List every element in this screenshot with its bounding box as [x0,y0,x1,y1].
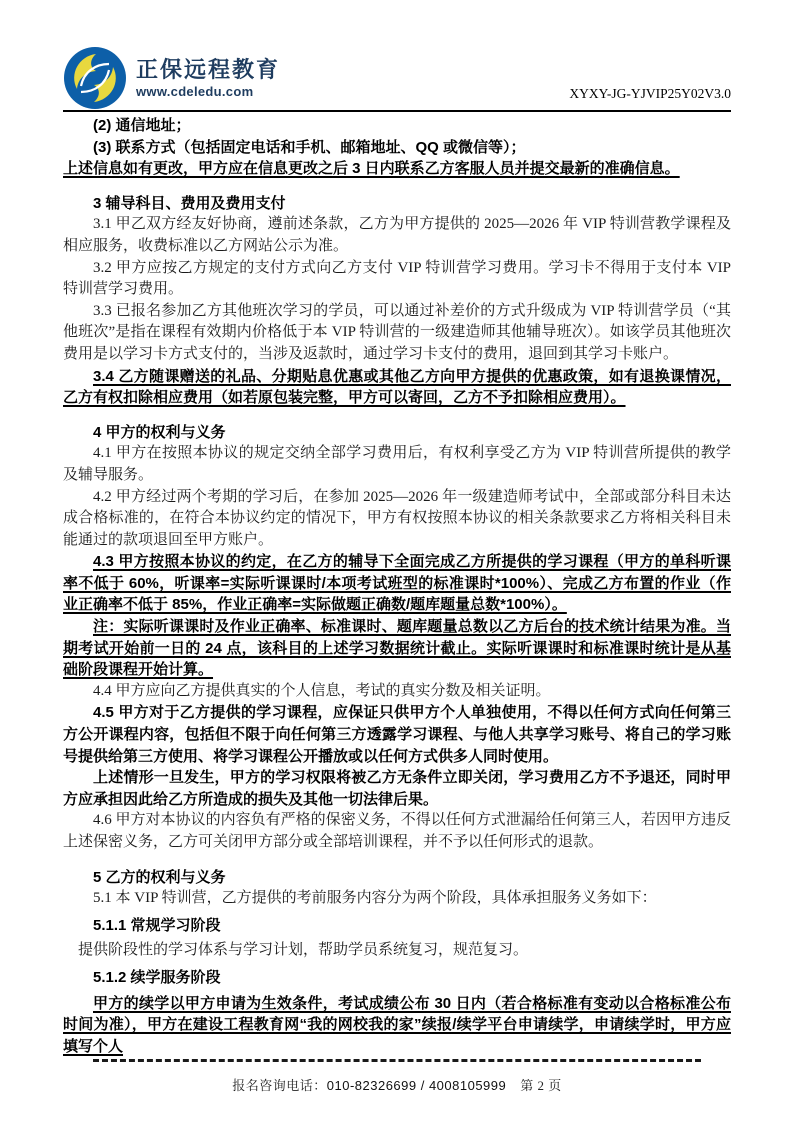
page-header: 正保远程教育 www.cdeledu.com XYXY-JG-YJVIP25Y0… [63,0,731,112]
swirl-globe-icon [63,46,127,110]
clause-4-1: 4.1 甲方在按照本协议的规定交纳全部学习费用后，有权利享受乙方为 VIP 特训… [63,443,731,486]
clause-5-1-2-body: 甲方的续学以甲方申请为生效条件，考试成绩公布 30 日内（若合格标准有变动以合格… [63,993,731,1058]
section-4-heading: 4 甲方的权利与义务 [63,422,731,444]
page-footer: 报名咨询电话：010-82326699 / 4008105999第 2 页 [63,1059,731,1094]
clause-4-6: 4.6 甲方对本协议的内容负有严格的保密义务，不得以任何方式泄漏给任何第三人，若… [63,810,731,853]
notice-info-update: 上述信息如有更改，甲方应在信息更改之后 3 日内联系乙方客服人员并提交最新的准确… [63,158,731,180]
clause-4-4: 4.4 甲方应向乙方提供真实的个人信息，考试的真实分数及相关证明。 [63,681,731,703]
section-5-heading: 5 乙方的权利与义务 [63,867,731,889]
clause-5-1-1-body: 提供阶段性的学习体系与学习计划，帮助学员系统复习，规范复习。 [63,940,731,962]
clause-4-5-consequence: 上述情形一旦发生，甲方的学习权限将被乙方无条件立即关闭，学习费用乙方不予退还，同… [63,767,731,810]
footer-text: 报名咨询电话：010-82326699 / 4008105999第 2 页 [63,1075,731,1094]
document-body: (2) 通信地址；(3) 联系方式（包括固定电话和手机、邮箱地址、QQ 或微信等… [63,115,731,1057]
clause-3-2: 3.2 甲方应按乙方规定的支付方式向乙方支付 VIP 特训营学习费用。学习卡不得… [63,258,731,301]
clause-3-4: 3.4 乙方随课赠送的礼品、分期贴息优惠或其他乙方向甲方提供的优惠政策，如有退换… [63,366,731,409]
clause-5-1-1-heading: 5.1.1 常规学习阶段 [63,915,731,937]
brand-name: 正保远程教育 [136,57,280,83]
footer-divider [93,1059,701,1062]
clause-4-2: 4.2 甲方经过两个考期的学习后，在参加 2025—2026 年一级建造师考试中… [63,487,731,552]
item-2-postal-address: (2) 通信地址； [63,115,731,137]
clause-4-5: 4.5 甲方对于乙方提供的学习课程，应保证只供甲方个人单独使用，不得以任何方式向… [63,702,731,767]
brand-website: www.cdeledu.com [136,84,280,99]
clause-4-3-note: 注：实际听课课时及作业正确率、标准课时、题库题量总数以乙方后台的技术统计结果为准… [63,616,731,681]
logo-text: 正保远程教育 www.cdeledu.com [136,57,280,98]
clause-3-3: 3.3 已报名参加乙方其他班次学习的学员，可以通过补差价的方式升级成为 VIP … [63,301,731,366]
clause-4-3: 4.3 甲方按照本协议的约定，在乙方的辅导下全面完成乙方所提供的学习课程（甲方的… [63,551,731,616]
page-number: 第 2 页 [520,1078,562,1093]
clause-5-1-2-heading: 5.1.2 续学服务阶段 [63,967,731,989]
footer-phone-numbers: 010-82326699 / 4008105999 [327,1078,507,1093]
footer-phone-label: 报名咨询电话： [232,1078,327,1093]
section-3-heading: 3 辅导科目、费用及费用支付 [63,193,731,215]
clause-5-1: 5.1 本 VIP 特训营，乙方提供的考前服务内容分为两个阶段，具体承担服务义务… [63,888,731,910]
document-page: 正保远程教育 www.cdeledu.com XYXY-JG-YJVIP25Y0… [0,0,792,1122]
clause-3-1: 3.1 甲乙双方经友好协商，遵前述条款，乙方为甲方提供的 2025—2026 年… [63,214,731,257]
item-3-contact-info: (3) 联系方式（包括固定电话和手机、邮箱地址、QQ 或微信等）； [63,137,731,159]
document-code: XYXY-JG-YJVIP25Y02V3.0 [569,86,731,102]
